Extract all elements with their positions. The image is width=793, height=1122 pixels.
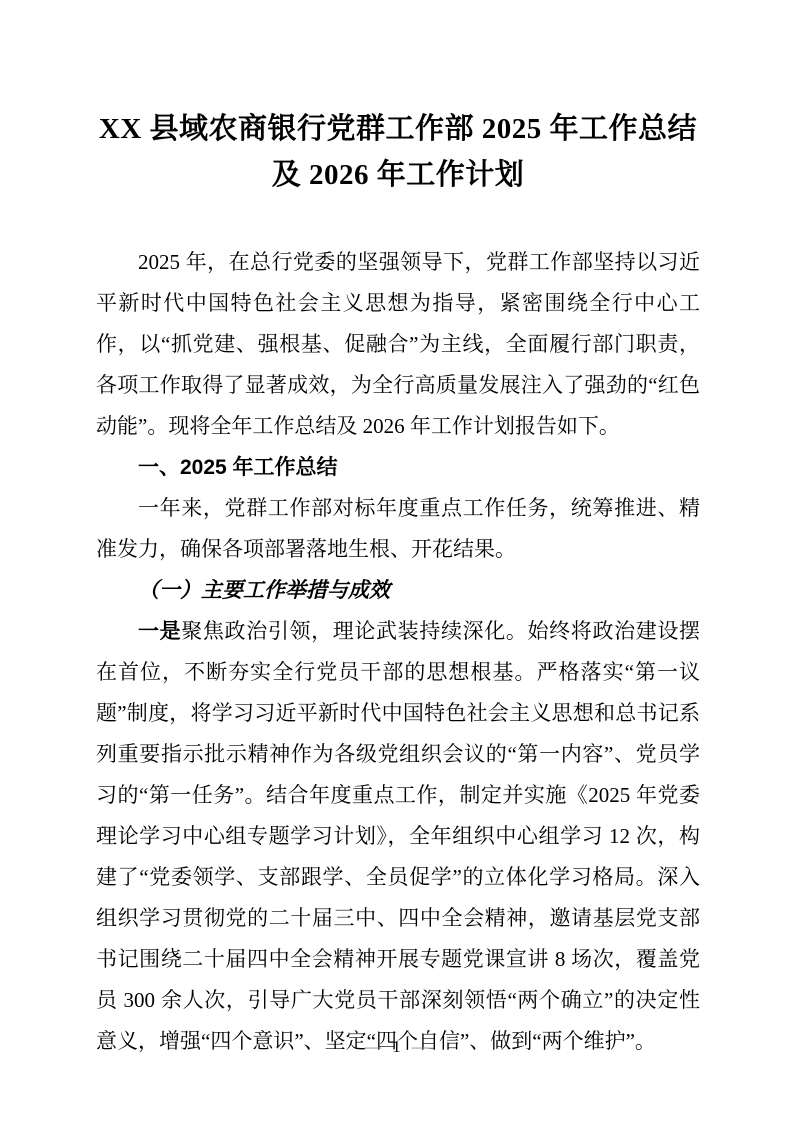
section-1-heading: 一、2025 年工作总结 (96, 447, 700, 488)
document-title: XX 县域农商银行党群工作部 2025 年工作总结及 2026 年工作计划 (96, 106, 700, 198)
point-1-paragraph: 一是聚焦政治引领，理论武装持续深化。始终将政治建设摆在首位，不断夯实全行党员干部… (96, 611, 700, 1062)
intro-paragraph: 2025 年，在总行党委的坚强领导下，党群工作部坚持以习近平新时代中国特色社会主… (96, 242, 700, 447)
footer-dash-right: — (401, 1037, 440, 1056)
document-content: XX 县域农商银行党群工作部 2025 年工作总结及 2026 年工作计划 20… (96, 106, 700, 1062)
point-1-lead: 一是 (138, 619, 181, 643)
page-footer: —1— (0, 1036, 793, 1058)
document-page: XX 县域农商银行党群工作部 2025 年工作总结及 2026 年工作计划 20… (0, 0, 793, 1122)
point-1-body: 聚焦政治引领，理论武装持续深化。始终将政治建设摆在首位，不断夯实全行党员干部的思… (96, 619, 700, 1053)
section-1-paragraph: 一年来，党群工作部对标年度重点工作任务，统筹推进、精准发力，确保各项部署落地生根… (96, 488, 700, 570)
footer-dash-left: — (353, 1037, 392, 1056)
page-number: 1 (392, 1037, 401, 1056)
subsection-1-1-heading: （一）主要工作举措与成效 (96, 570, 700, 611)
